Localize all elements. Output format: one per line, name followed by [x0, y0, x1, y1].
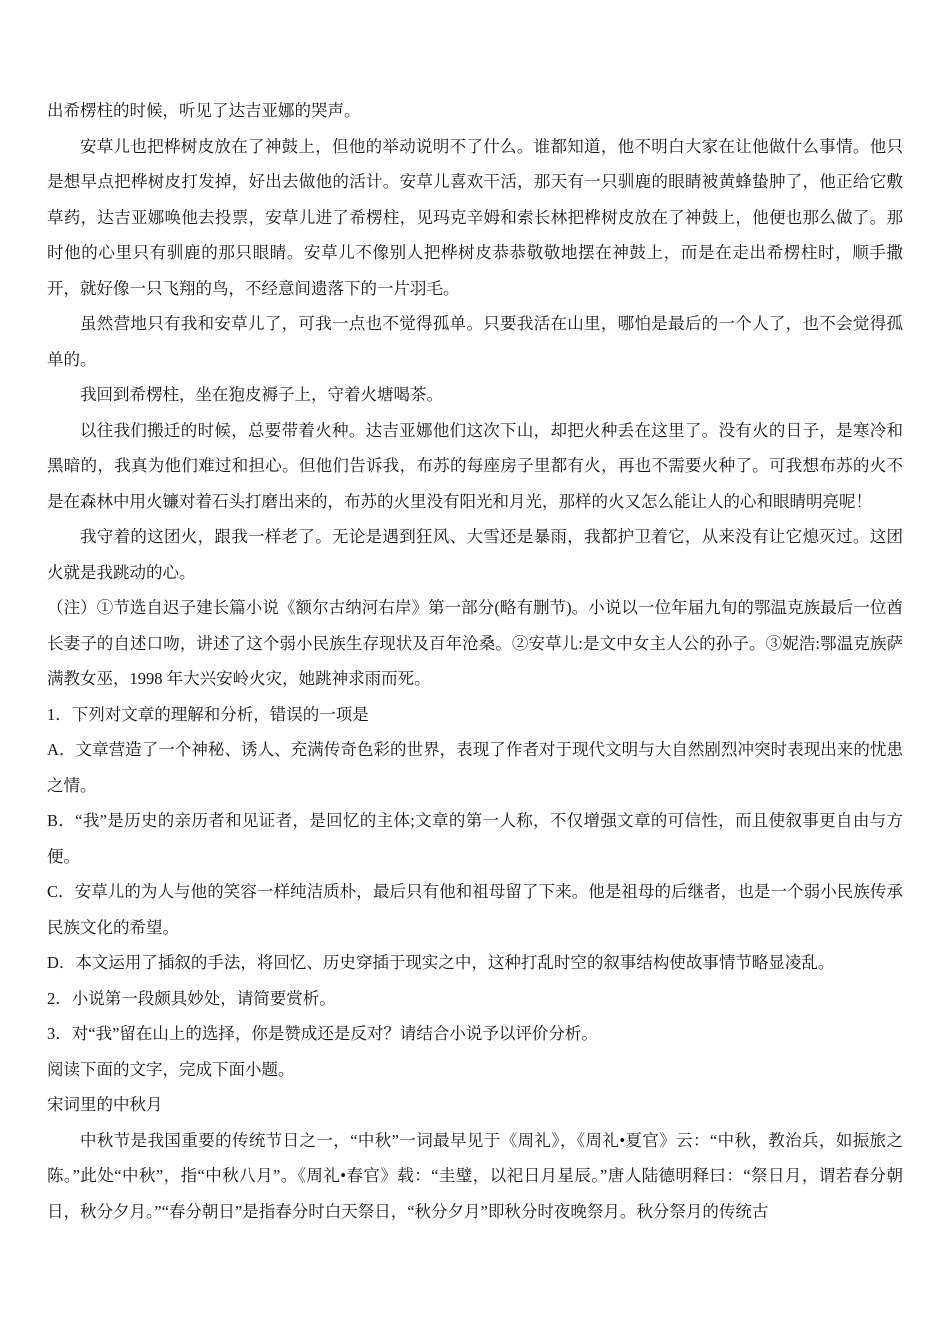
- novel-paragraph: 以往我们搬迁的时候，总要带着火种。达吉亚娜他们这次下山，却把火种丢在这里了。没有…: [47, 413, 903, 520]
- novel-paragraph: 我守着的这团火，跟我一样老了。无论是遇到狂风、大雪还是暴雨，我都护卫着它，从来没…: [47, 519, 903, 590]
- option-b: B．“我”是历史的亲历者和见证者，是回忆的主体;文章的第一人称，不仅增强文章的可…: [47, 803, 903, 874]
- reading-instruction: 阅读下面的文字，完成下面小题。: [47, 1052, 903, 1088]
- option-a: A．文章营造了一个神秘、诱人、充满传奇色彩的世界，表现了作者对于现代文明与大自然…: [47, 732, 903, 803]
- question-2: 2．小说第一段颇具妙处，请简要赏析。: [47, 981, 903, 1017]
- novel-text-continuation: 出希楞柱的时候，听见了达吉亚娜的哭声。: [47, 93, 903, 129]
- essay-title: 宋词里的中秋月: [47, 1087, 903, 1123]
- novel-paragraph: 虽然营地只有我和安草儿了，可我一点也不觉得孤单。只要我活在山里，哪怕是最后的一个…: [47, 306, 903, 377]
- question-1: 1．下列对文章的理解和分析，错误的一项是: [47, 697, 903, 733]
- novel-paragraph: 安草儿也把桦树皮放在了神鼓上，但他的举动说明不了什么。谁都知道，他不明白大家在让…: [47, 129, 903, 307]
- exam-document-page: 出希楞柱的时候，听见了达吉亚娜的哭声。 安草儿也把桦树皮放在了神鼓上，但他的举动…: [0, 0, 950, 1344]
- essay-paragraph: 中秋节是我国重要的传统节日之一，“中秋”一词最早见于《周礼》，《周礼•夏官》云：…: [47, 1123, 903, 1230]
- option-c: C．安草儿的为人与他的笑容一样纯洁质朴，最后只有他和祖母留了下来。他是祖母的后继…: [47, 874, 903, 945]
- annotation-note: （注）①节选自迟子建长篇小说《额尔古纳河右岸》第一部分(略有删节)。小说以一位年…: [47, 590, 903, 697]
- question-3: 3．对“我”留在山上的选择，你是赞成还是反对？请结合小说予以评价分析。: [47, 1016, 903, 1052]
- novel-paragraph: 我回到希楞柱，坐在狍皮褥子上，守着火塘喝茶。: [47, 377, 903, 413]
- option-d: D．本文运用了插叙的手法，将回忆、历史穿插于现实之中，这种打乱时空的叙事结构使故…: [47, 945, 903, 981]
